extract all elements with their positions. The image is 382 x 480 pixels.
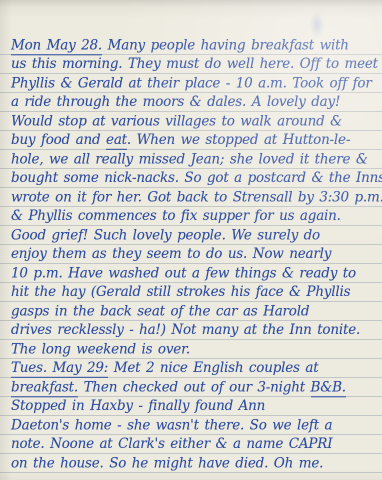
handwriting-line: 10 p.m. Have washed out a few things & r… [11,264,378,283]
text-segment: note. Noone at Clark's either & a name C… [11,436,332,452]
underlined-text: eat [106,132,127,150]
text-segment: buy food and [11,132,106,148]
underlined-text: B&B. [311,379,346,397]
text-segment: drives recklessly - ha!) Not many at the… [11,322,360,338]
handwriting-line: Mon May 28. Many people having breakfast… [11,36,378,55]
handwriting-line: bought some nick-nacks. So got a postcar… [11,169,378,188]
handwriting-line: Daeton's home - she wasn't there. So we … [11,416,378,435]
handwriting-line: on the house. So he might have died. Oh … [11,454,378,473]
handwriting-line: drives recklessly - ha!) Not many at the… [11,321,378,340]
text-segment: 10 p.m. Have washed out a few things & r… [11,265,356,281]
underlined-text: Mon May 28. [11,37,102,55]
text-segment: us this morning. They must do well here.… [11,56,378,72]
underlined-text: Tues. May 29: [11,360,108,378]
handwriting-line: & Phyllis commences to fix supper for us… [11,207,378,226]
text-segment: enjoy them as they seem to do us. Now ne… [11,246,331,262]
text-segment: Daeton's home - she wasn't there. So we … [11,417,332,433]
notebook-page: Mon May 28. Many people having breakfast… [0,0,382,480]
handwriting-line: wrote on it for her. Got back to Strensa… [11,188,378,207]
handwriting-line: Good grief! Such lovely people. We surel… [11,226,378,245]
handwriting-line: The long weekend is over. [11,340,378,359]
underlined-text: breakfast. [11,379,78,397]
handwriting-line: us this morning. They must do well here.… [11,55,378,74]
text-segment: Then checked out of our 3-night [78,379,311,395]
handwriting-line: hit the hay (Gerald still strokes his fa… [11,283,378,302]
handwriting-line: breakfast. Then checked out of our 3-nig… [11,378,378,397]
handwriting-line: gasps in the back seat of the car as Har… [11,302,378,321]
text-segment: Would stop at various villages to walk a… [11,113,342,129]
handwriting-line: note. Noone at Clark's either & a name C… [11,435,378,454]
handwriting-line: Would stop at various villages to walk a… [11,112,378,131]
text-segment: Met 2 nice English couples at [108,360,318,376]
text-segment: Stopped in Haxby - finally found Ann [11,398,265,414]
text-segment: Phyllis & Gerald at their place - 10 a.m… [11,75,372,91]
text-segment: wrote on it for her. Got back to Strensa… [11,189,382,205]
text-segment: The long weekend is over. [11,341,190,357]
handwriting-line: Stopped in Haxby - finally found Ann [11,397,378,416]
text-segment: on the house. So he might have died. Oh … [11,455,323,471]
handwritten-text: Mon May 28. Many people having breakfast… [11,36,378,473]
text-segment: gasps in the back seat of the car as Har… [11,303,309,319]
handwriting-line: buy food and eat. When we stopped at Hut… [11,131,378,150]
text-segment: Good grief! Such lovely people. We surel… [11,227,320,243]
text-segment: & Phyllis commences to fix supper for us… [11,208,341,224]
handwriting-line: Tues. May 29: Met 2 nice English couples… [11,359,378,378]
text-segment: . When we stopped at Hutton-le- [127,132,350,148]
text-segment: hole, we all really missed Jean; she lov… [11,151,368,167]
text-segment: hit the hay (Gerald still strokes his fa… [11,284,350,300]
text-segment: a ride through the moors & dales. A love… [11,94,340,110]
text-segment: bought some nick-nacks. So got a postcar… [11,170,382,186]
handwriting-line: a ride through the moors & dales. A love… [11,93,378,112]
handwriting-line: Phyllis & Gerald at their place - 10 a.m… [11,74,378,93]
handwriting-line: hole, we all really missed Jean; she lov… [11,150,378,169]
text-segment: Many people having breakfast with [102,37,349,53]
handwriting-line: enjoy them as they seem to do us. Now ne… [11,245,378,264]
ink-smudge [310,12,324,38]
